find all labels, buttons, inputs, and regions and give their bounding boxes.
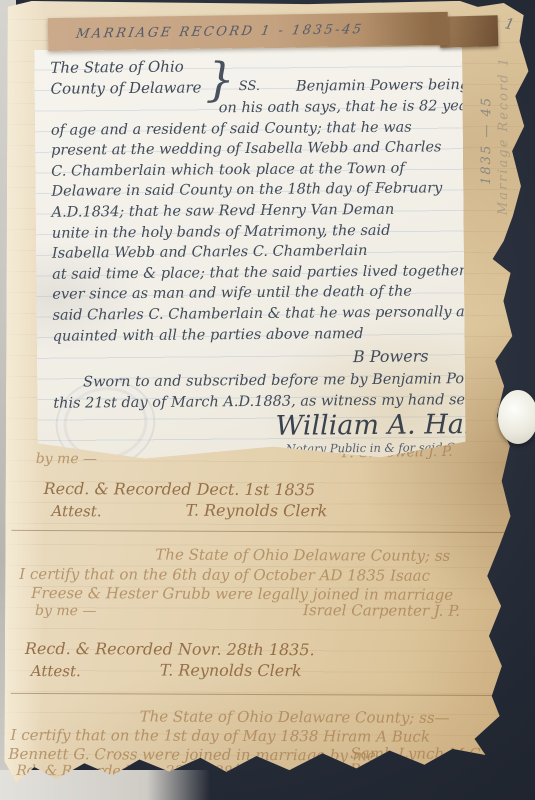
record1-clerk-signature: T. Reynolds Clerk	[185, 501, 327, 521]
caption-jurisdiction: The State of Ohio County of Delaware	[50, 56, 201, 99]
record2-recorded: Recd. & Recorded Novr. 28th 1835.	[25, 639, 315, 659]
certificate2-heading: The State of Ohio Delaware County; ss	[155, 546, 450, 565]
affidavit-sheet: The State of Ohio County of Delaware } S…	[34, 46, 466, 462]
affidavit-line: on his oath says, that he is 82 years	[51, 96, 453, 120]
certificate2-line1: I certify that on the 6th day of October…	[19, 565, 430, 585]
certificate3-line1: I certify that on the 1st day of May 183…	[10, 726, 429, 746]
certificate2-by-me: by me —	[35, 603, 96, 619]
tape-label-text: MARRIAGE RECORD 1 - 1835-45	[47, 22, 365, 42]
record2-attest: Attest.	[31, 662, 81, 680]
record1-attest: Attest.	[51, 502, 101, 520]
certificate3-line2: Bennett G. Cross were joined in marriage…	[8, 745, 390, 765]
fragment-by-me: by me —	[36, 451, 97, 467]
backdrop-bottom-corner	[0, 770, 210, 800]
caption-state: The State of Ohio	[50, 56, 201, 78]
certificate3-heading: The State of Ohio Delaware County; ss—	[140, 707, 450, 726]
page-number: 1	[503, 14, 516, 34]
caption-brace: }	[205, 61, 235, 98]
section-divider	[11, 693, 511, 696]
notary-signature: William A. Hall	[53, 411, 455, 445]
margin-vertical-years: 1835 — 45	[479, 96, 494, 185]
margin-vertical-title: Marriage Record 1	[496, 56, 512, 215]
tape-label: MARRIAGE RECORD 1 - 1835-45	[48, 12, 448, 51]
affidavit-text: The State of Ohio County of Delaware } S…	[34, 46, 466, 459]
tape-torn-end	[440, 15, 499, 48]
affidavit-line: A.D.1834; that he saw Revd Henry Van Dem…	[52, 199, 454, 223]
affidavit-caption: The State of Ohio County of Delaware } S…	[50, 54, 452, 100]
certificate3-attest: Attest.	[232, 762, 279, 778]
deponent-signature: B Powers	[53, 343, 455, 373]
affidavit-line: said Charles C. Chamberlain & that he wa…	[52, 302, 454, 326]
certificate2-officiant-signature: Israel Carpenter J. P.	[303, 601, 460, 620]
edge-fastener-blob	[498, 390, 535, 444]
caption-ss: SS.	[239, 79, 260, 94]
caption-county: County of Delaware	[50, 77, 201, 99]
document-photo: { "labels": { "tape_text": "MARRIAGE REC…	[0, 0, 535, 800]
certificate3-clerk-signature: T. Reynolds Clerk—	[332, 760, 480, 779]
section-divider	[11, 530, 511, 533]
record2-clerk-signature: T. Reynolds Clerk	[160, 661, 302, 681]
record1-recorded: Recd. & Recorded Dect. 1st 1835	[44, 479, 316, 499]
